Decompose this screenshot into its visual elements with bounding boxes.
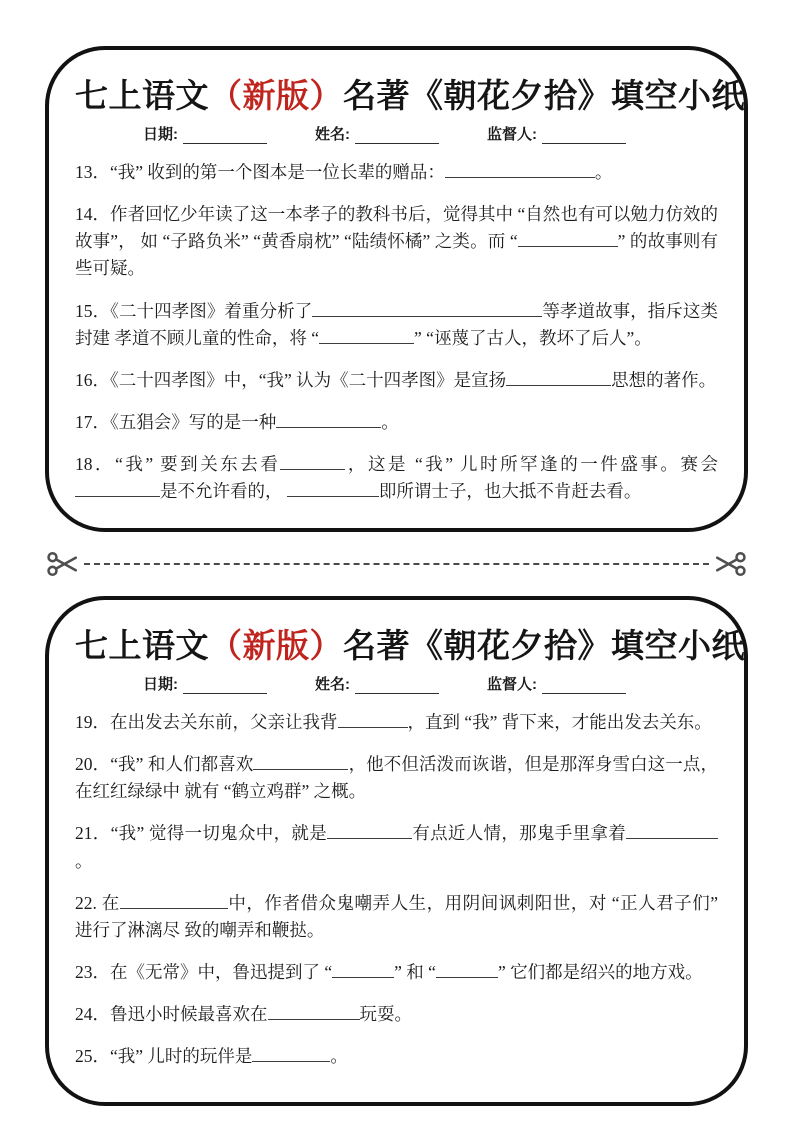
- question-17: 17．《五猖会》写的是一种。: [75, 409, 718, 436]
- supervisor-blank-line: [542, 128, 626, 144]
- scissors-icon-right: [712, 546, 748, 582]
- name-field: 姓名:: [315, 123, 439, 144]
- question-22: 22. 在中，作者借众鬼嘲弄人生，用阴间讽刺阳世，对 “正人君子们” 进行了淋漓…: [75, 890, 718, 944]
- question-13: 13．“我” 收到的第一个图本是一位长辈的赠品：。: [75, 159, 718, 186]
- question-14: 14．作者回忆少年读了这一本孝子的教科书后，觉得其中 “自然也有可以勉力仿效的故…: [75, 201, 718, 282]
- question-text: ” “诬蔑了古人，教坏了后人”。: [414, 328, 652, 348]
- worksheet-card-top: 七上语文（新版）名著《朝花夕拾》填空小纸条 日期: 姓名: 监督人: 13．“我…: [45, 46, 748, 532]
- answer-blank: [319, 328, 414, 344]
- question-text: ，直到 “我” 背下来，才能出发去关东。: [408, 712, 712, 732]
- title-highlight-new-edition: （新版）: [209, 629, 343, 665]
- title-highlight-new-edition: （新版）: [209, 79, 343, 115]
- name-field: 姓名:: [315, 673, 439, 694]
- question-text: 24．鲁迅小时候最喜欢在: [75, 1004, 268, 1024]
- question-text: 19．在出发去关东前，父亲让我背: [75, 712, 338, 732]
- question-list-bottom: 19．在出发去关东前，父亲让我背，直到 “我” 背下来，才能出发去关东。20．“…: [75, 709, 718, 1070]
- answer-blank: [332, 962, 394, 978]
- question-24: 24．鲁迅小时候最喜欢在玩耍。: [75, 1001, 718, 1028]
- question-15: 15．《二十四孝图》着重分析了等孝道故事，指斥这类封建 孝道不顾儿童的性命，将 …: [75, 298, 718, 352]
- question-23: 23．在《无常》中，鲁迅提到了 “” 和 “” 它们都是绍兴的地方戏。: [75, 959, 718, 986]
- answer-blank: [436, 962, 498, 978]
- date-field: 日期:: [143, 123, 267, 144]
- supervisor-label: 监督人:: [487, 673, 537, 694]
- answer-blank: [506, 370, 611, 386]
- question-18: 18．“我” 要到关东去看，这是 “我” 儿时所罕逢的一件盛事。赛会是不允许看的…: [75, 451, 718, 505]
- question-text: 。: [330, 1046, 348, 1066]
- date-label: 日期:: [143, 123, 178, 144]
- question-text: 。: [595, 162, 613, 182]
- answer-blank: [327, 824, 412, 840]
- name-blank-line: [355, 128, 439, 144]
- info-fields-top: 日期: 姓名: 监督人:: [143, 123, 718, 144]
- cut-line-divider: [45, 532, 748, 596]
- question-25: 25．“我” 儿时的玩伴是。: [75, 1043, 718, 1070]
- question-text: 是不允许看的，: [160, 481, 287, 501]
- date-field: 日期:: [143, 673, 267, 694]
- supervisor-field: 监督人:: [487, 673, 626, 694]
- question-text: ” 它们都是绍兴的地方戏。: [498, 962, 703, 982]
- name-blank-line: [355, 678, 439, 694]
- question-text: 18．“我” 要到关东去看: [75, 454, 280, 474]
- question-text: 20．“我” 和人们都喜欢: [75, 754, 253, 774]
- answer-blank: [120, 893, 228, 909]
- answer-blank: [338, 712, 408, 728]
- question-text: 15．《二十四孝图》着重分析了: [75, 301, 312, 321]
- question-20: 20．“我” 和人们都喜欢，他不但活泼而诙谐，但是那浑身雪白这一点，在红红绿绿中…: [75, 751, 718, 805]
- answer-blank: [312, 301, 542, 317]
- date-blank-line: [183, 128, 267, 144]
- answer-blank: [276, 412, 381, 428]
- card-title-bottom: 七上语文（新版）名著《朝花夕拾》填空小纸条: [75, 620, 718, 667]
- title-text-post: 名著《朝花夕拾》填空小纸条: [343, 629, 748, 665]
- question-text: 17．《五猖会》写的是一种: [75, 412, 276, 432]
- worksheet-page: 七上语文（新版）名著《朝花夕拾》填空小纸条 日期: 姓名: 监督人: 13．“我…: [0, 0, 793, 1122]
- question-text: 22. 在: [75, 893, 120, 913]
- answer-blank: [280, 454, 345, 470]
- question-list-top: 13．“我” 收到的第一个图本是一位长辈的赠品：。14．作者回忆少年读了这一本孝…: [75, 159, 718, 505]
- question-text: 。: [381, 412, 399, 432]
- title-text-pre: 七上语文: [75, 629, 209, 665]
- answer-blank: [518, 231, 618, 247]
- answer-blank: [75, 481, 160, 497]
- date-label: 日期:: [143, 673, 178, 694]
- title-text-pre: 七上语文: [75, 79, 209, 115]
- answer-blank: [268, 1004, 360, 1020]
- question-text: 。: [75, 851, 93, 871]
- question-text: 16．《二十四孝图》中，“我” 认为《二十四孝图》是宣扬: [75, 370, 506, 390]
- question-16: 16．《二十四孝图》中，“我” 认为《二十四孝图》是宣扬思想的著作。: [75, 367, 718, 394]
- answer-blank: [626, 824, 718, 840]
- question-text: 有点近人情，那鬼手里拿着: [412, 823, 626, 843]
- date-blank-line: [183, 678, 267, 694]
- question-text: 25．“我” 儿时的玩伴是: [75, 1046, 252, 1066]
- question-text: 即所谓士子，也大抵不肯赶去看。: [379, 481, 642, 501]
- question-text: ，这是 “我” 儿时所罕逢的一件盛事。赛会: [345, 454, 718, 474]
- dashed-cut-line: [84, 563, 709, 565]
- answer-blank: [445, 162, 595, 178]
- scissors-icon-left: [45, 546, 81, 582]
- answer-blank: [287, 481, 379, 497]
- answer-blank: [252, 1046, 330, 1062]
- supervisor-label: 监督人:: [487, 123, 537, 144]
- question-text: 13．“我” 收到的第一个图本是一位长辈的赠品：: [75, 162, 445, 182]
- answer-blank: [253, 754, 348, 770]
- supervisor-blank-line: [542, 678, 626, 694]
- card-title-top: 七上语文（新版）名著《朝花夕拾》填空小纸条: [75, 70, 718, 117]
- question-text: 思想的著作。: [611, 370, 716, 390]
- question-21: 21．“我” 觉得一切鬼众中，就是有点近人情，那鬼手里拿着。: [75, 820, 718, 874]
- worksheet-card-bottom: 七上语文（新版）名著《朝花夕拾》填空小纸条 日期: 姓名: 监督人: 19．在出…: [45, 596, 748, 1106]
- title-text-post: 名著《朝花夕拾》填空小纸条: [343, 79, 748, 115]
- question-text: 21．“我” 觉得一切鬼众中，就是: [75, 823, 327, 843]
- question-19: 19．在出发去关东前，父亲让我背，直到 “我” 背下来，才能出发去关东。: [75, 709, 718, 736]
- name-label: 姓名:: [315, 123, 350, 144]
- name-label: 姓名:: [315, 673, 350, 694]
- question-text: 23．在《无常》中，鲁迅提到了 “: [75, 962, 332, 982]
- question-text: ” 和 “: [394, 962, 436, 982]
- info-fields-bottom: 日期: 姓名: 监督人:: [143, 673, 718, 694]
- supervisor-field: 监督人:: [487, 123, 626, 144]
- question-text: 玩耍。: [360, 1004, 413, 1024]
